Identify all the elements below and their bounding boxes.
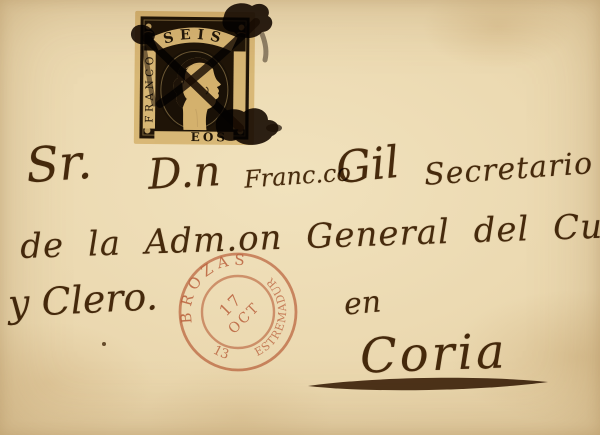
address-surname: Gil — [334, 137, 402, 194]
stray-ink-dot — [102, 342, 106, 346]
cancel-drip-left — [144, 48, 154, 104]
cancel-blob-tail — [266, 124, 282, 132]
address-line-2: de la Adm.on General del Culto — [19, 205, 600, 267]
address-salutation: Sr. — [24, 134, 94, 194]
address-title: Secretario — [423, 146, 594, 193]
address-honorific: D.n — [147, 146, 222, 199]
address-line-3: y Clero. — [7, 274, 159, 326]
postmark-baeza: BROZAS 13 ESTREMADURA 17 OCT — [176, 250, 300, 374]
ink-cancellation — [120, 0, 300, 160]
postal-cover: SEIS FRANCO EOS — [0, 0, 600, 435]
destination-underline-flourish — [300, 372, 556, 398]
address-particle-en: en — [343, 284, 383, 322]
cancel-drip-right — [262, 34, 266, 60]
